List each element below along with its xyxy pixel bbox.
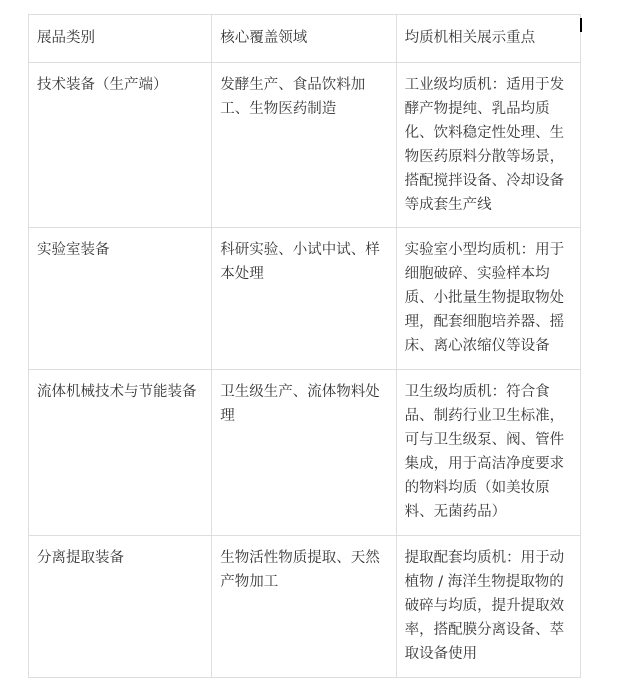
cell-category: 流体机械技术与节能装备: [29, 370, 212, 536]
cell-coverage: 卫生级生产、流体物料处理: [212, 370, 396, 536]
text-cursor: [580, 18, 582, 32]
table-row: 实验室装备 科研实验、小试中试、样本处理 实验室小型均质机：用于细胞破碎、实验样…: [29, 228, 581, 370]
header-coverage: 核心覆盖领域: [212, 15, 396, 63]
cell-focus: 工业级均质机：适用于发酵产物提纯、乳品均质化、饮料稳定性处理、生物医药原料分散等…: [396, 63, 580, 228]
header-focus: 均质机相关展示重点: [396, 15, 580, 63]
table-header-row: 展品类别 核心覆盖领域 均质机相关展示重点: [29, 15, 581, 63]
table-row: 分离提取装备 生物活性物质提取、天然产物加工 提取配套均质机：用于动植物 / 海…: [29, 536, 581, 678]
table-row: 技术装备（生产端） 发酵生产、食品饮料加工、生物医药制造 工业级均质机：适用于发…: [29, 63, 581, 228]
table-row: 流体机械技术与节能装备 卫生级生产、流体物料处理 卫生级均质机：符合食品、制药行…: [29, 370, 581, 536]
cell-category: 实验室装备: [29, 228, 212, 370]
cell-focus: 卫生级均质机：符合食品、制药行业卫生标准，可与卫生级泵、阀、管件集成，用于高洁净…: [396, 370, 580, 536]
cell-category: 分离提取装备: [29, 536, 212, 678]
header-category: 展品类别: [29, 15, 212, 63]
exhibit-category-table: 展品类别 核心覆盖领域 均质机相关展示重点 技术装备（生产端） 发酵生产、食品饮…: [28, 14, 581, 678]
cell-coverage: 生物活性物质提取、天然产物加工: [212, 536, 396, 678]
cell-coverage: 科研实验、小试中试、样本处理: [212, 228, 396, 370]
cell-category: 技术装备（生产端）: [29, 63, 212, 228]
cell-focus: 实验室小型均质机：用于细胞破碎、实验样本均质、小批量生物提取物处理，配套细胞培养…: [396, 228, 580, 370]
cell-focus: 提取配套均质机：用于动植物 / 海洋生物提取物的破碎与均质，提升提取效率，搭配膜…: [396, 536, 580, 678]
cell-coverage: 发酵生产、食品饮料加工、生物医药制造: [212, 63, 396, 228]
